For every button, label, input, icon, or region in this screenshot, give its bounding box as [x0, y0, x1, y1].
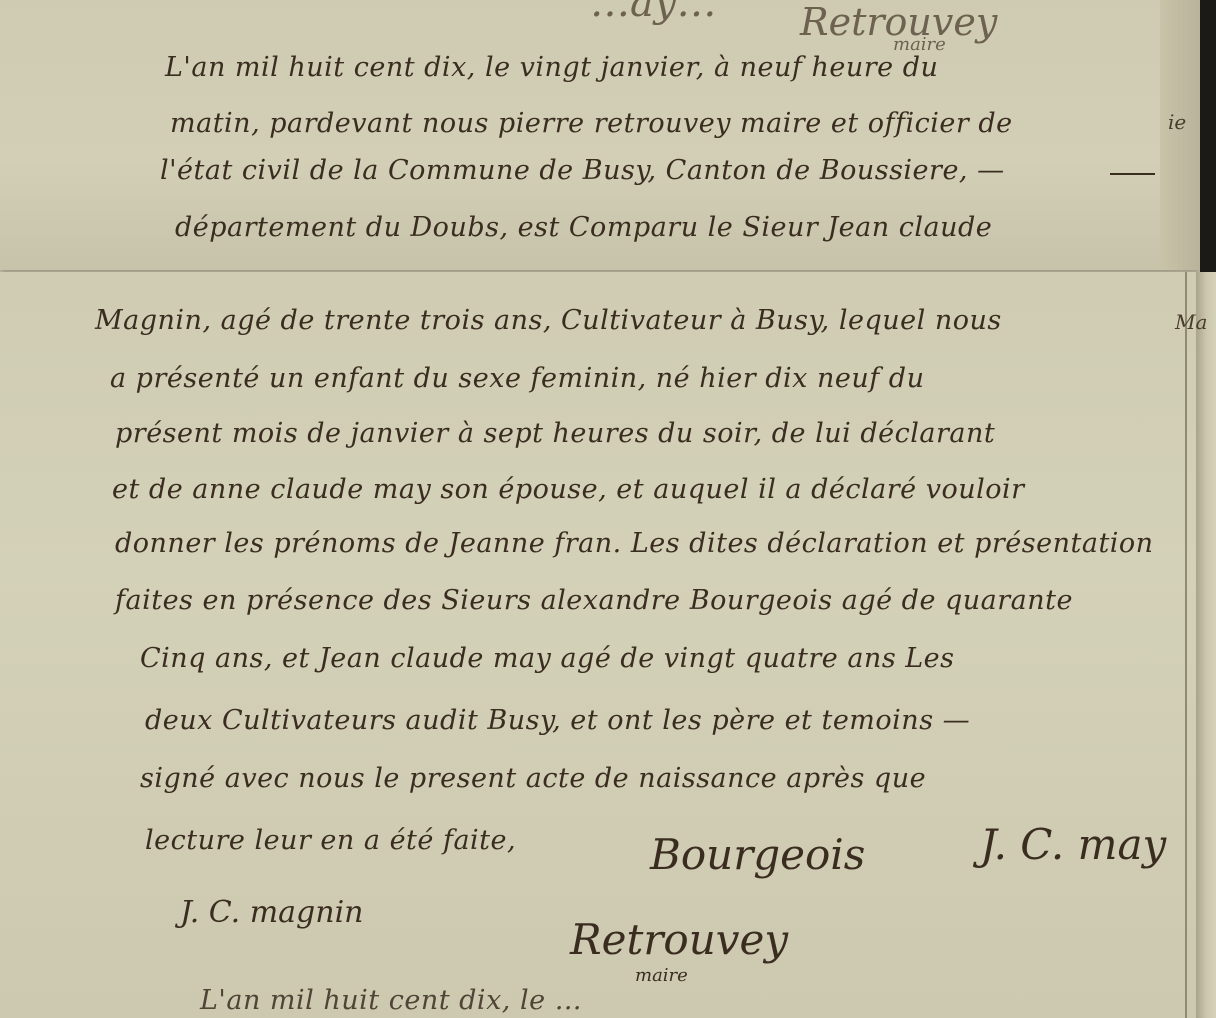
record-line-9: donner les prénoms de Jeanne fran. Les d… [115, 528, 1154, 559]
record-line-4: département du Doubs, est Comparu le Sie… [175, 212, 992, 243]
record-line-12: deux Cultivateurs audit Busy, et ont les… [145, 705, 970, 736]
record-line-7: présent mois de janvier à sept heures du… [115, 418, 995, 449]
record-line-10: faites en présence des Sieurs alexandre … [115, 585, 1073, 616]
record-line-5: Magnin, agé de trente trois ans, Cultiva… [95, 305, 1002, 336]
signature-jc-may: J. C. may [980, 820, 1166, 869]
record-line-8: et de anne claude may son épouse, et auq… [112, 474, 1025, 505]
signature-bourgeois: Bourgeois [650, 830, 865, 879]
record-line-6: a présenté un enfant du sexe feminin, né… [110, 363, 924, 394]
signature-jc-magnin: J. C. magnin [180, 895, 364, 930]
line-filler-dash [1110, 173, 1155, 175]
record-line-1: L'an mil huit cent dix, le vingt janvier… [165, 52, 938, 83]
next-entry-partial: L'an mil huit cent dix, le … [200, 985, 582, 1016]
record-line-2: matin, pardevant nous pierre retrouvey m… [170, 108, 1013, 139]
upper-page-margin [1160, 0, 1200, 270]
partial-top-text: …ay… [590, 0, 716, 26]
book-binding-edge [1200, 0, 1216, 275]
record-line-11: Cinq ans, et Jean claude may agé de ving… [140, 643, 955, 674]
signature-mayor: Retrouvey [570, 915, 788, 964]
lower-page-edge [1196, 272, 1216, 1018]
record-line-14: lecture leur en a été faite, [145, 825, 516, 856]
signature-mayor-title: maire [635, 965, 688, 986]
page-fold-line [1185, 272, 1187, 1018]
margin-mark-1: ie [1168, 110, 1186, 134]
margin-mark-2: Ma [1175, 310, 1207, 334]
record-line-3: l'état civil de la Commune de Busy, Cant… [160, 155, 1005, 186]
record-line-13: signé avec nous le present acte de naiss… [140, 763, 926, 794]
